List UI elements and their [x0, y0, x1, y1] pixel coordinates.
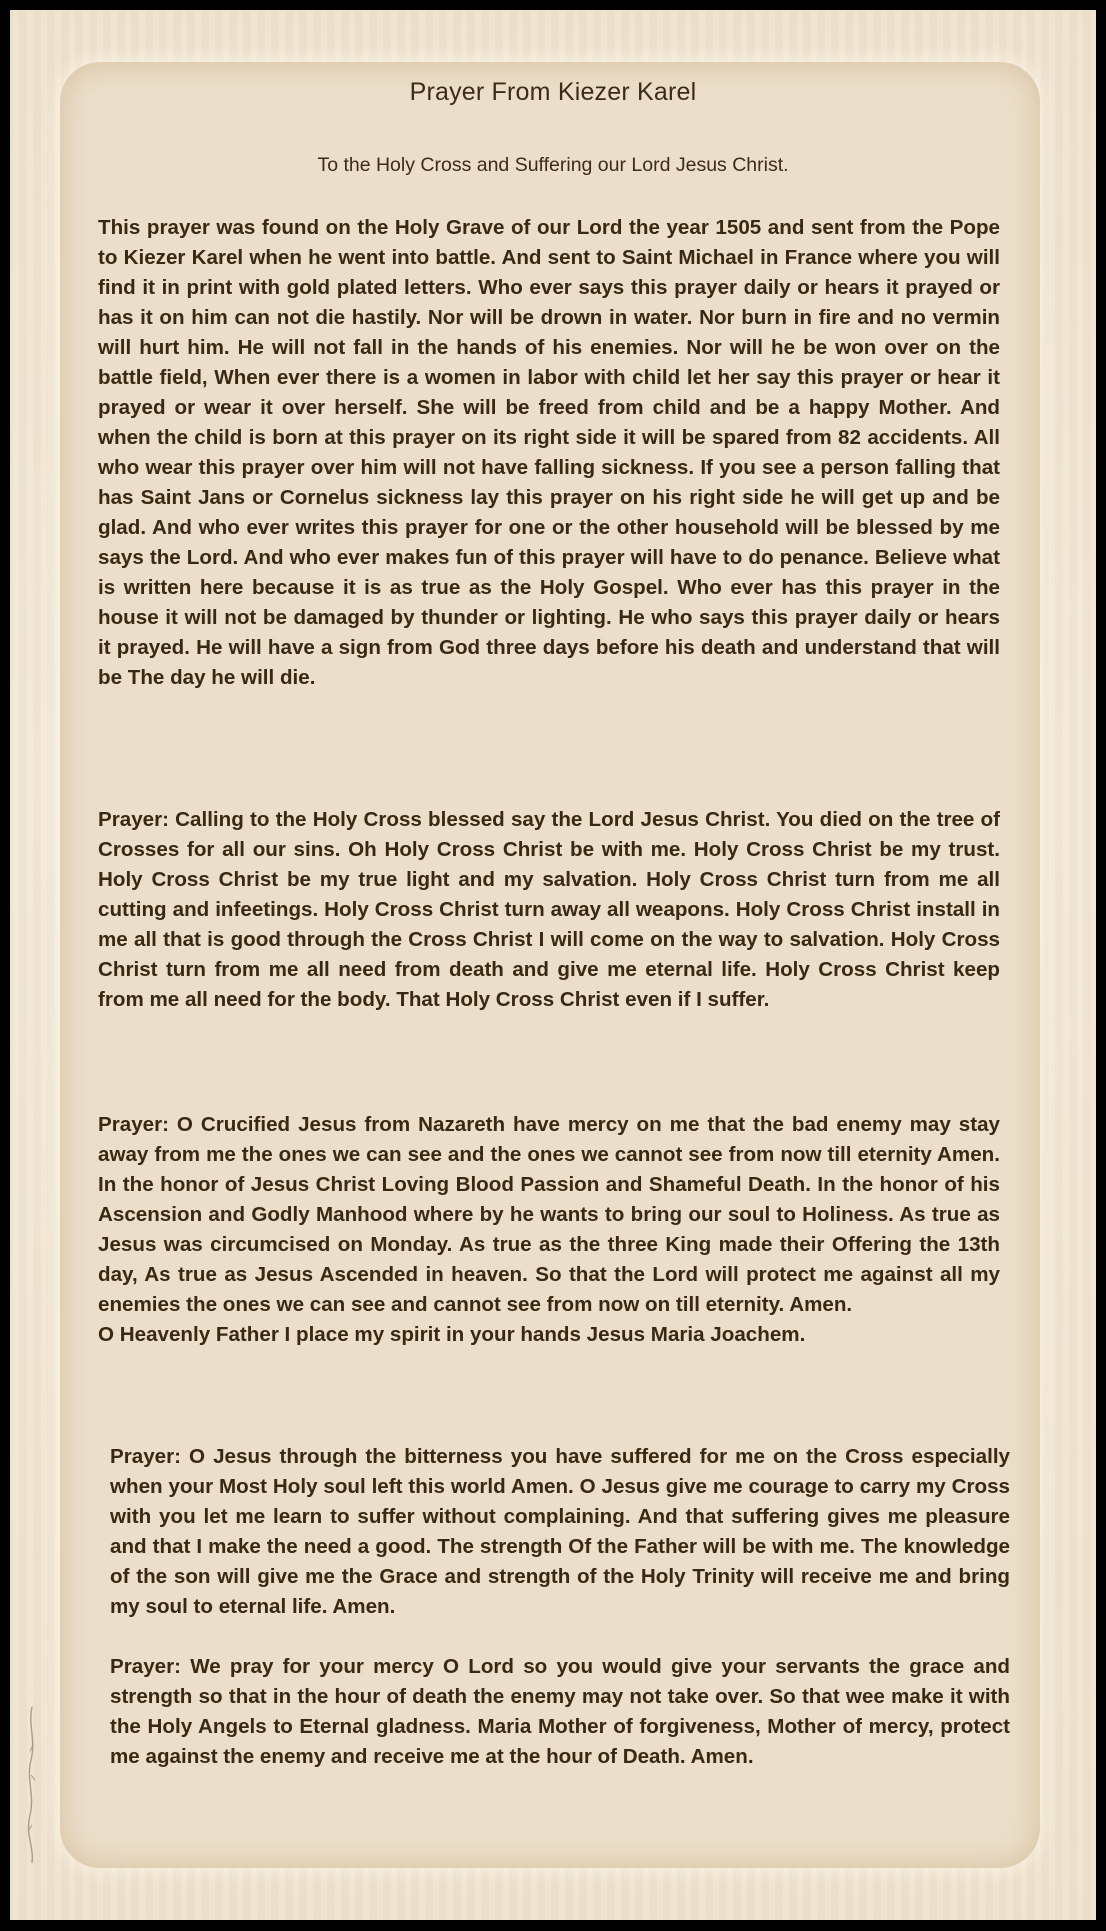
paragraph: This prayer was found on the Holy Grave …	[98, 213, 1000, 693]
paragraph: Prayer: O Crucified Jesus from Nazareth …	[98, 1110, 1000, 1320]
section-origin: This prayer was found on the Holy Grave …	[98, 213, 1000, 693]
section-prayer-mercy: Prayer: We pray for your mercy O Lord so…	[110, 1652, 1010, 1772]
section-prayer-bitterness: Prayer: O Jesus through the bitterness y…	[110, 1442, 1010, 1622]
page-subtitle: To the Holy Cross and Suffering our Lord…	[0, 154, 1106, 177]
paragraph: O Heavenly Father I place my spirit in y…	[98, 1320, 1000, 1350]
paragraph: Prayer: Calling to the Holy Cross blesse…	[98, 805, 1000, 1015]
page-title: Prayer From Kiezer Karel	[0, 78, 1106, 107]
signature-mark	[26, 1705, 38, 1865]
section-prayer-crucified-jesus: Prayer: O Crucified Jesus from Nazareth …	[98, 1110, 1000, 1350]
paragraph: Prayer: O Jesus through the bitterness y…	[110, 1442, 1010, 1622]
paragraph: Prayer: We pray for your mercy O Lord so…	[110, 1652, 1010, 1772]
section-prayer-holy-cross: Prayer: Calling to the Holy Cross blesse…	[98, 805, 1000, 1015]
